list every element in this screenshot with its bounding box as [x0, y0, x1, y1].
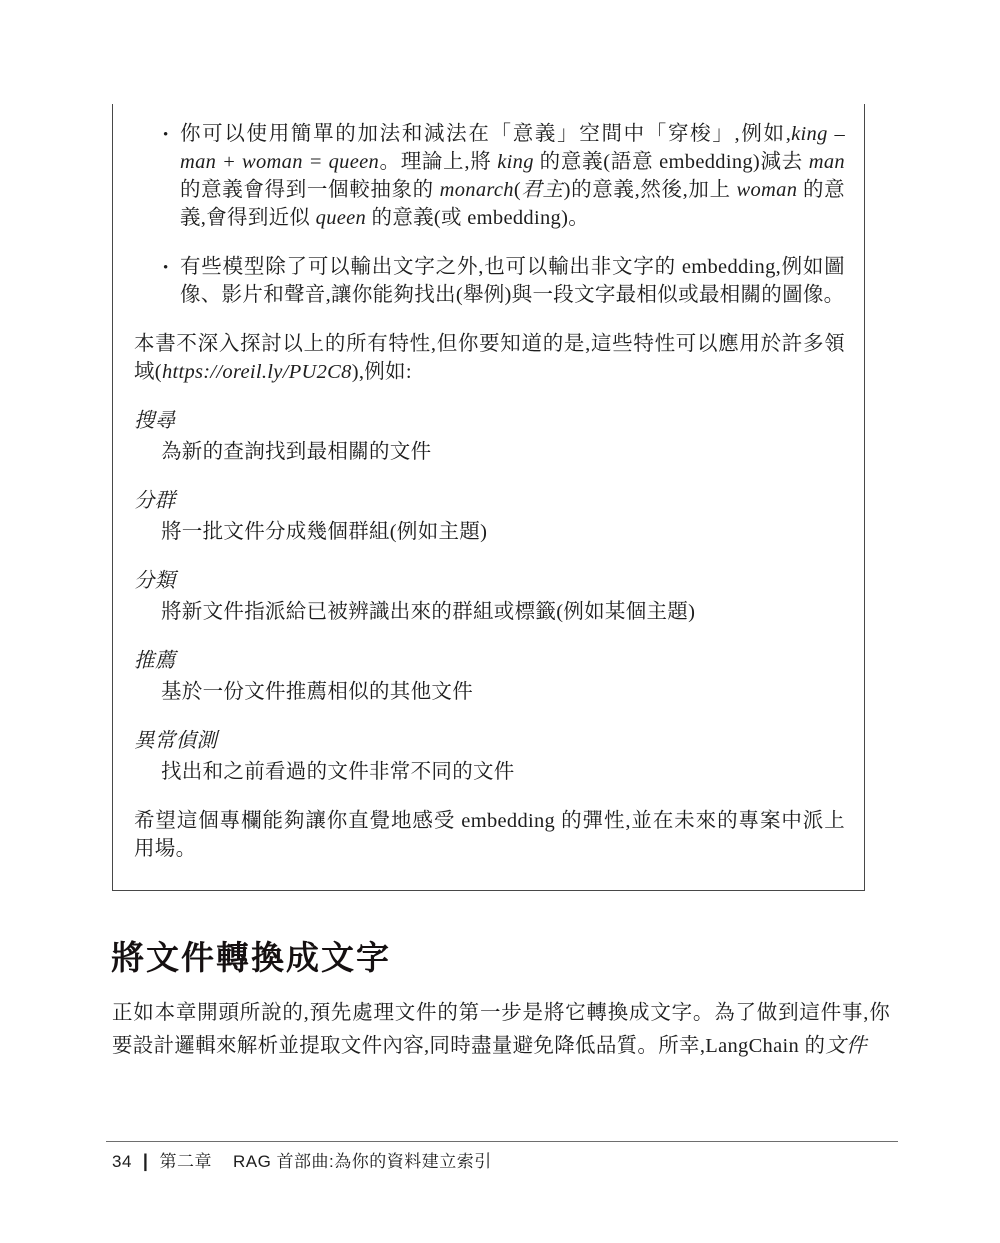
- closing-paragraph: 希望這個專欄能夠讓你直覺地感受 embedding 的彈性,並在未來的專案中派上…: [134, 807, 845, 863]
- definition-term: 分群: [134, 487, 845, 515]
- definition-description: 找出和之前看過的文件非常不同的文件: [161, 758, 845, 786]
- definition-description: 基於一份文件推薦相似的其他文件: [161, 678, 845, 706]
- definition-description: 將一批文件分成幾個群組(例如主題): [161, 518, 845, 546]
- footer-rule: [106, 1141, 898, 1142]
- section-paragraph: 正如本章開頭所說的,預先處理文件的第一步是將它轉換成文字。為了做到這件事,你要設…: [112, 997, 890, 1063]
- bullet-list: • 你可以使用簡單的加法和減法在「意義」空間中「穿梭」,例如,king – ma…: [134, 120, 845, 309]
- oreilly-url: https://oreil.ly/PU2C8: [162, 361, 352, 383]
- chapter-label: 第二章: [159, 1152, 212, 1171]
- bullet-text: 有些模型除了可以輸出文字之外,也可以輸出非文字的 embedding,例如圖像、…: [180, 256, 845, 306]
- bullet-marker: •: [163, 121, 169, 149]
- chapter-title: RAG 首部曲:為你的資料建立索引: [233, 1152, 492, 1171]
- definition-description: 將新文件指派給已被辨識出來的群組或標籤(例如某個主題): [161, 598, 845, 626]
- page-footer: 34|第二章RAG 首部曲:為你的資料建立索引: [112, 1149, 492, 1174]
- definition-term: 搜尋: [134, 407, 845, 435]
- applications-list: 搜尋 為新的查詢找到最相關的文件 分群 將一批文件分成幾個群組(例如主題) 分類…: [134, 407, 845, 786]
- footer-separator: |: [143, 1151, 149, 1171]
- embedding-callout-box: • 你可以使用簡單的加法和減法在「意義」空間中「穿梭」,例如,king – ma…: [112, 104, 865, 891]
- definition-term: 分類: [134, 567, 845, 595]
- definition-term: 推薦: [134, 647, 845, 675]
- bullet-marker: •: [163, 254, 169, 282]
- definition-term: 異常偵測: [134, 727, 845, 755]
- bullet-item: • 有些模型除了可以輸出文字之外,也可以輸出非文字的 embedding,例如圖…: [180, 253, 845, 309]
- intro-paragraph: 本書不深入探討以上的所有特性,但你要知道的是,這些特性可以應用於許多領域(htt…: [134, 330, 845, 386]
- page-number: 34: [112, 1152, 132, 1171]
- definition-description: 為新的查詢找到最相關的文件: [161, 438, 845, 466]
- book-page: • 你可以使用簡單的加法和減法在「意義」空間中「穿梭」,例如,king – ma…: [0, 0, 1000, 1243]
- bullet-item: • 你可以使用簡單的加法和減法在「意義」空間中「穿梭」,例如,king – ma…: [180, 120, 845, 232]
- section-heading: 將文件轉換成文字: [111, 938, 391, 978]
- bullet-text: 你可以使用簡單的加法和減法在「意義」空間中「穿梭」,例如,king – man …: [180, 123, 845, 229]
